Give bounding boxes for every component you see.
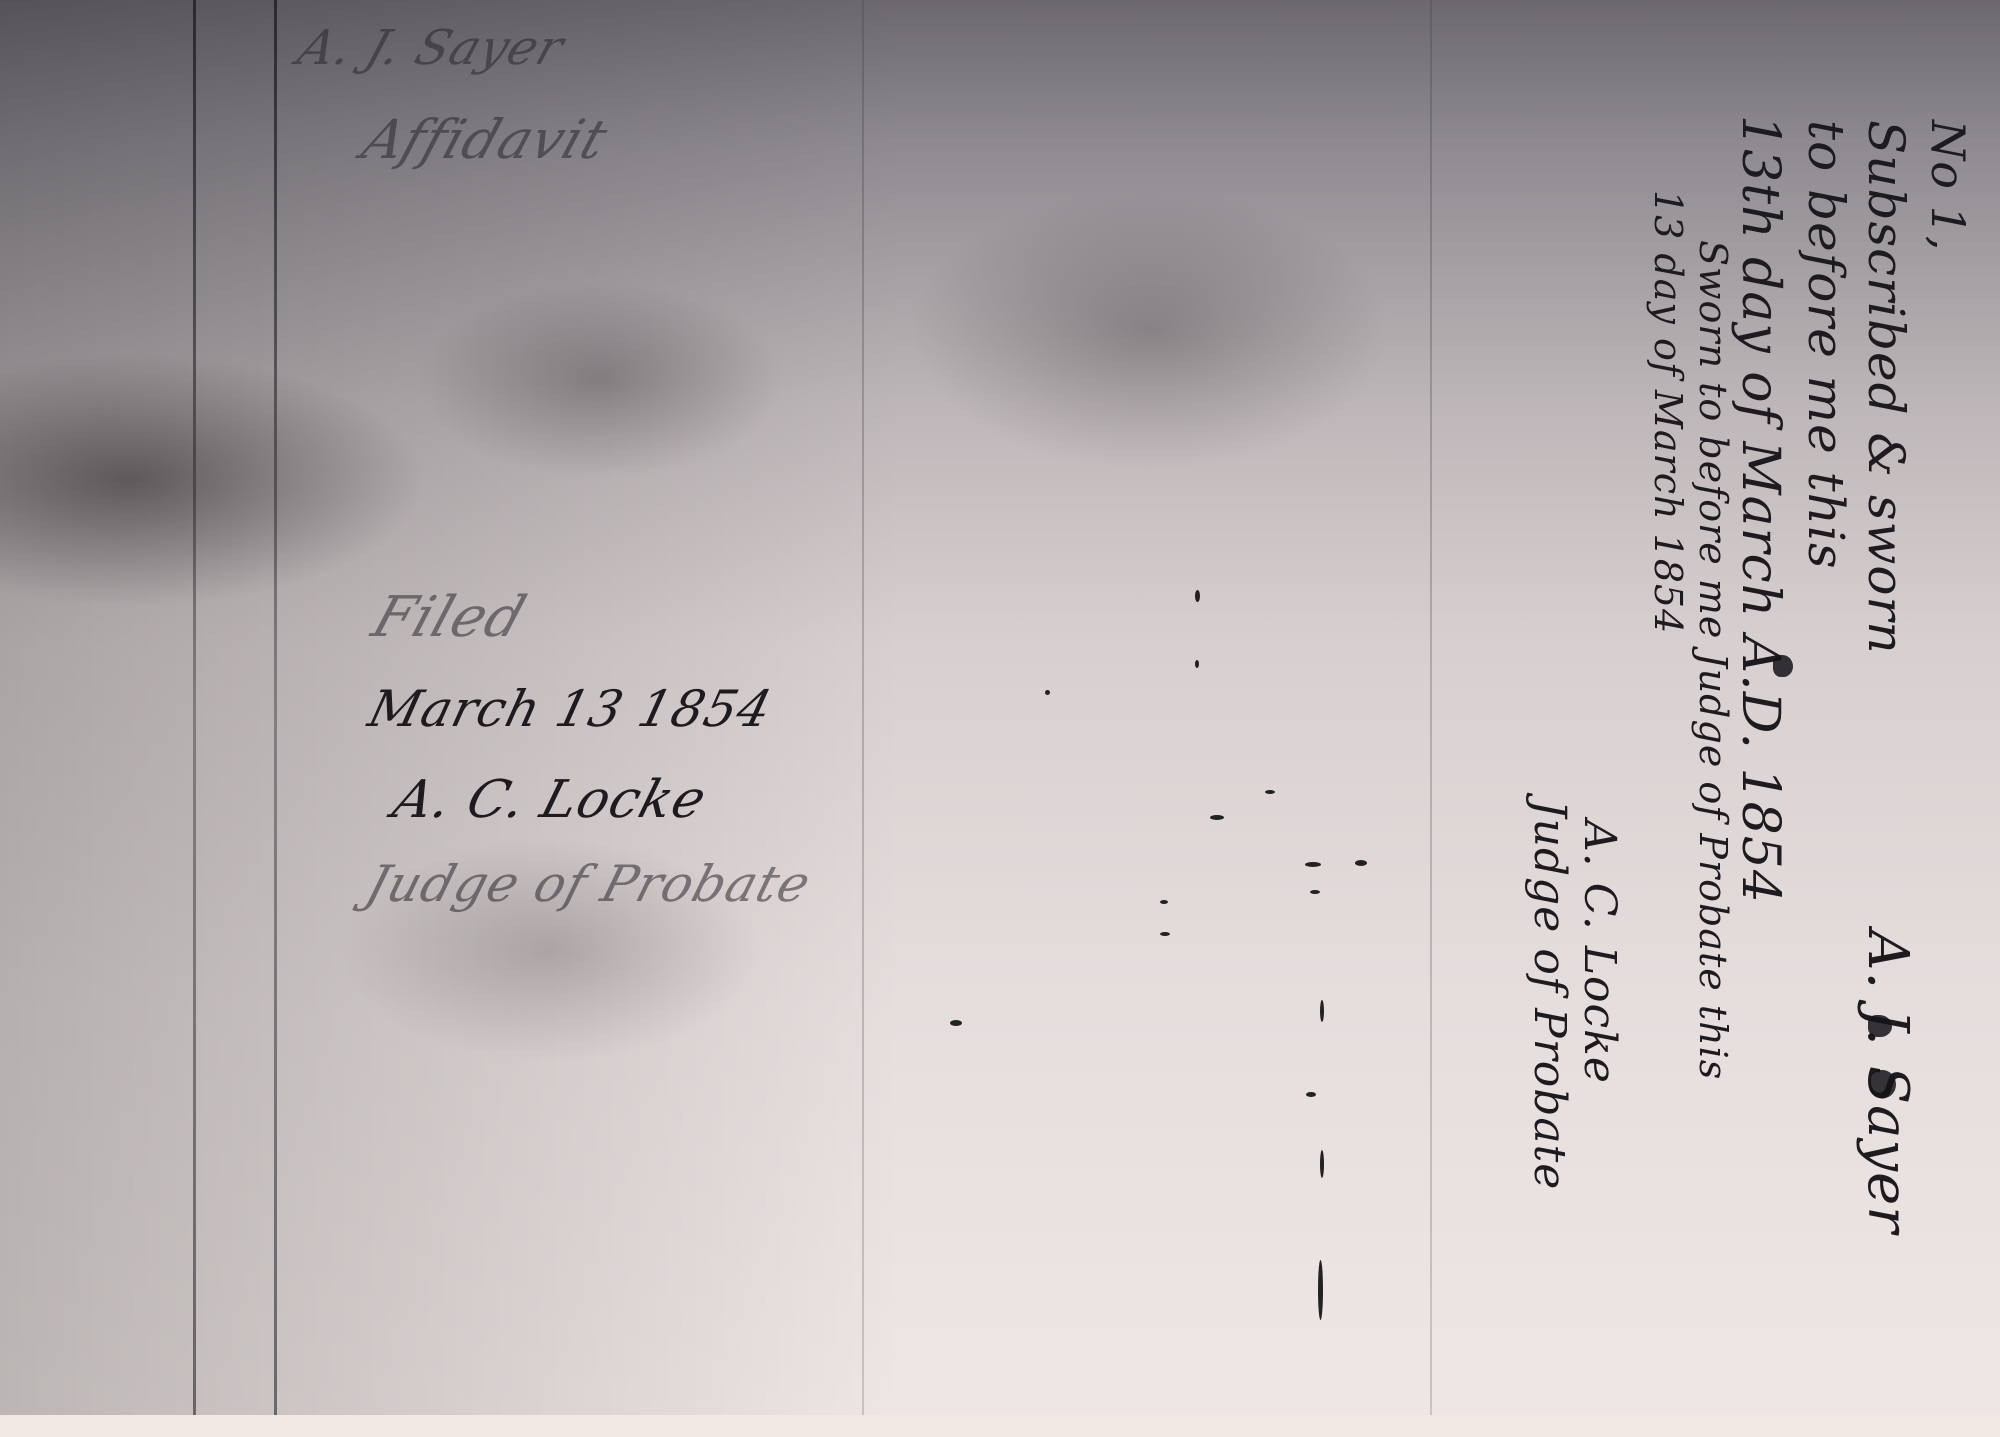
fold-line-center: [862, 0, 864, 1420]
ink-blot: [1868, 1015, 1892, 1037]
jurat2-line2: 13 day of March 1854: [1646, 190, 1690, 634]
bleed-speck: [950, 1020, 962, 1026]
bleed-speck: [1310, 890, 1320, 894]
filed-label: Filed: [364, 585, 534, 650]
bleed-speck: [1045, 690, 1050, 695]
jurat1-line1: Subscribed & sworn: [1857, 120, 1915, 655]
bleed-speck: [1320, 1150, 1324, 1178]
fold-line-margin: [274, 0, 277, 1420]
bleed-speck: [1195, 660, 1199, 668]
jurat1-number: No 1,: [1921, 120, 1975, 251]
jurat1-line2: to before me this: [1797, 120, 1855, 570]
bleed-speck: [1320, 1000, 1324, 1022]
filing-signature: A. C. Locke: [386, 770, 713, 830]
docket-name: A. J. Sayer: [291, 20, 571, 76]
fold-line-right: [1430, 0, 1432, 1420]
bleed-speck: [1306, 1092, 1316, 1097]
scanned-document-page: A. J. Sayer Affidavit Filed March 13 185…: [0, 0, 2000, 1437]
paper-bottom-edge: [0, 1415, 2000, 1437]
ink-blot: [1870, 1070, 1896, 1098]
ink-blot: [1773, 655, 1793, 677]
filing-date: March 13 1854: [363, 680, 778, 738]
bleed-speck: [1160, 932, 1170, 936]
bleed-speck: [1195, 590, 1200, 602]
bleed-speck: [1160, 900, 1168, 904]
bleed-speck: [1265, 790, 1275, 794]
bleed-speck: [1318, 1260, 1323, 1320]
jurat2-office: Judge of Probate: [1524, 800, 1575, 1190]
bleed-speck: [1355, 860, 1367, 866]
filing-office: Judge of Probate: [360, 855, 818, 913]
fold-line-left: [193, 0, 196, 1420]
bleed-speck: [1305, 862, 1321, 867]
docket-title: Affidavit: [355, 108, 616, 171]
jurat2-signature: A. C. Locke: [1574, 820, 1625, 1084]
jurat2-line1: Sworn to before me Judge of Probate this: [1691, 240, 1735, 1080]
jurat1-line3: 13th day of March A.D. 1854: [1730, 115, 1790, 904]
bleed-speck: [1210, 815, 1224, 820]
